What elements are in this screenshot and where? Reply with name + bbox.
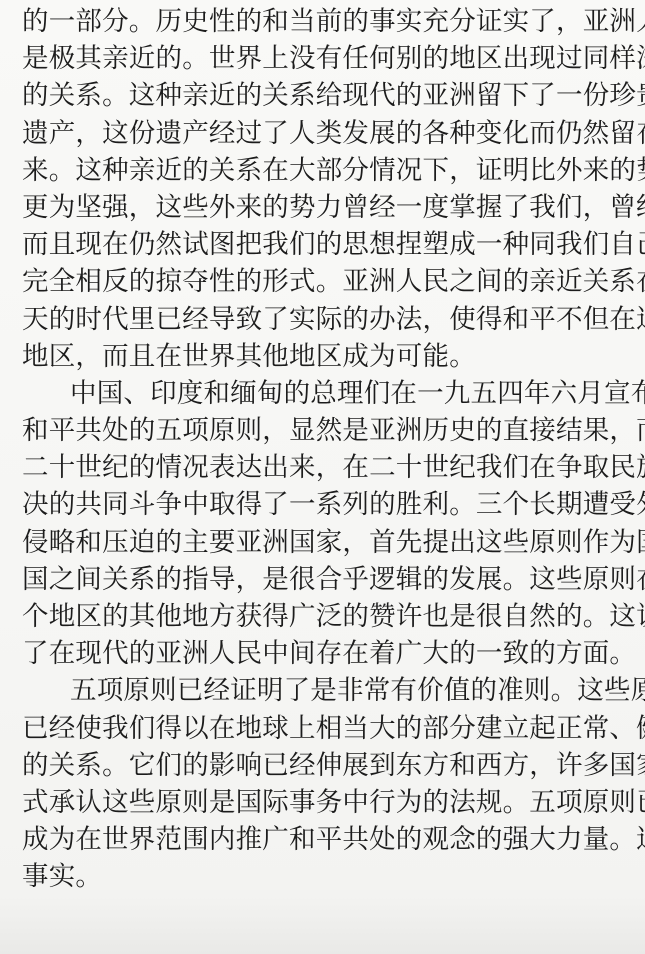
text-line: 遗产，这份遗产经过了人类发展的各种变化而仍然留存下 bbox=[22, 115, 634, 152]
text-line: 地区，而且在世界其他地区成为可能。 bbox=[22, 338, 634, 375]
text-line: 是极其亲近的。世界上没有任何别的地区出现过同样深厚 bbox=[22, 40, 634, 77]
text-line: 个地区的其他地方获得广泛的赞许也是很自然的。这说明 bbox=[22, 598, 634, 635]
text-line: 更为坚强，这些外来的势力曾经一度掌握了我们，曾经试图 bbox=[22, 189, 634, 226]
scanned-page: 的一部分。历史性的和当前的事实充分证实了，亚洲人民 是极其亲近的。世界上没有任何… bbox=[0, 0, 645, 954]
paragraph-3: 五项原则已经证明了是非常有价值的准则。这些原则 已经使我们得以在地球上相当大的部… bbox=[22, 672, 634, 895]
text-line: 式承认这些原则是国际事务中行为的法规。五项原则已经 bbox=[22, 784, 634, 821]
text-line: 已经使我们得以在地球上相当大的部分建立起正常、健康 bbox=[22, 710, 634, 747]
text-line: 而且现在仍然试图把我们的思想捏塑成一种同我们自己的 bbox=[22, 226, 634, 263]
text-line: 决的共同斗争中取得了一系列的胜利。三个长期遭受外来 bbox=[22, 486, 634, 523]
body-text: 的一部分。历史性的和当前的事实充分证实了，亚洲人民 是极其亲近的。世界上没有任何… bbox=[22, 3, 634, 896]
text-line: 二十世纪的情况表达出来，在二十世纪我们在争取民族自 bbox=[22, 449, 634, 486]
text-line: 的关系。它们的影响已经伸展到东方和西方，许多国家正 bbox=[22, 747, 634, 784]
text-line: 的一部分。历史性的和当前的事实充分证实了，亚洲人民 bbox=[22, 3, 634, 40]
text-line: 五项原则已经证明了是非常有价值的准则。这些原则 bbox=[22, 672, 634, 709]
paragraph-2: 中国、印度和缅甸的总理们在一九五四年六月宣布的 和平共处的五项原则，显然是亚洲历… bbox=[22, 375, 634, 673]
text-line: 完全相反的掠夺性的形式。亚洲人民之间的亲近关系在今 bbox=[22, 263, 634, 300]
text-line: 成为在世界范围内推广和平共处的观念的强大力量。这是 bbox=[22, 821, 634, 858]
text-line: 和平共处的五项原则，显然是亚洲历史的直接结果，而按照 bbox=[22, 412, 634, 449]
text-line: 天的时代里已经导致了实际的办法，使得和平不但在这一 bbox=[22, 301, 634, 338]
text-line: 了在现代的亚洲人民中间存在着广大的一致的方面。 bbox=[22, 635, 634, 672]
text-line: 侵略和压迫的主要亚洲国家，首先提出这些原则作为国与 bbox=[22, 524, 634, 561]
text-line: 来。这种亲近的关系在大部分情况下，证明比外来的势力 bbox=[22, 152, 634, 189]
paragraph-1: 的一部分。历史性的和当前的事实充分证实了，亚洲人民 是极其亲近的。世界上没有任何… bbox=[22, 3, 634, 375]
text-line: 国之间关系的指导，是很合乎逻辑的发展。这些原则在这 bbox=[22, 561, 634, 598]
text-line: 中国、印度和缅甸的总理们在一九五四年六月宣布的 bbox=[22, 375, 634, 412]
text-line: 事实。 bbox=[22, 858, 634, 895]
text-line: 的关系。这种亲近的关系给现代的亚洲留下了一份珍贵的 bbox=[22, 77, 634, 114]
